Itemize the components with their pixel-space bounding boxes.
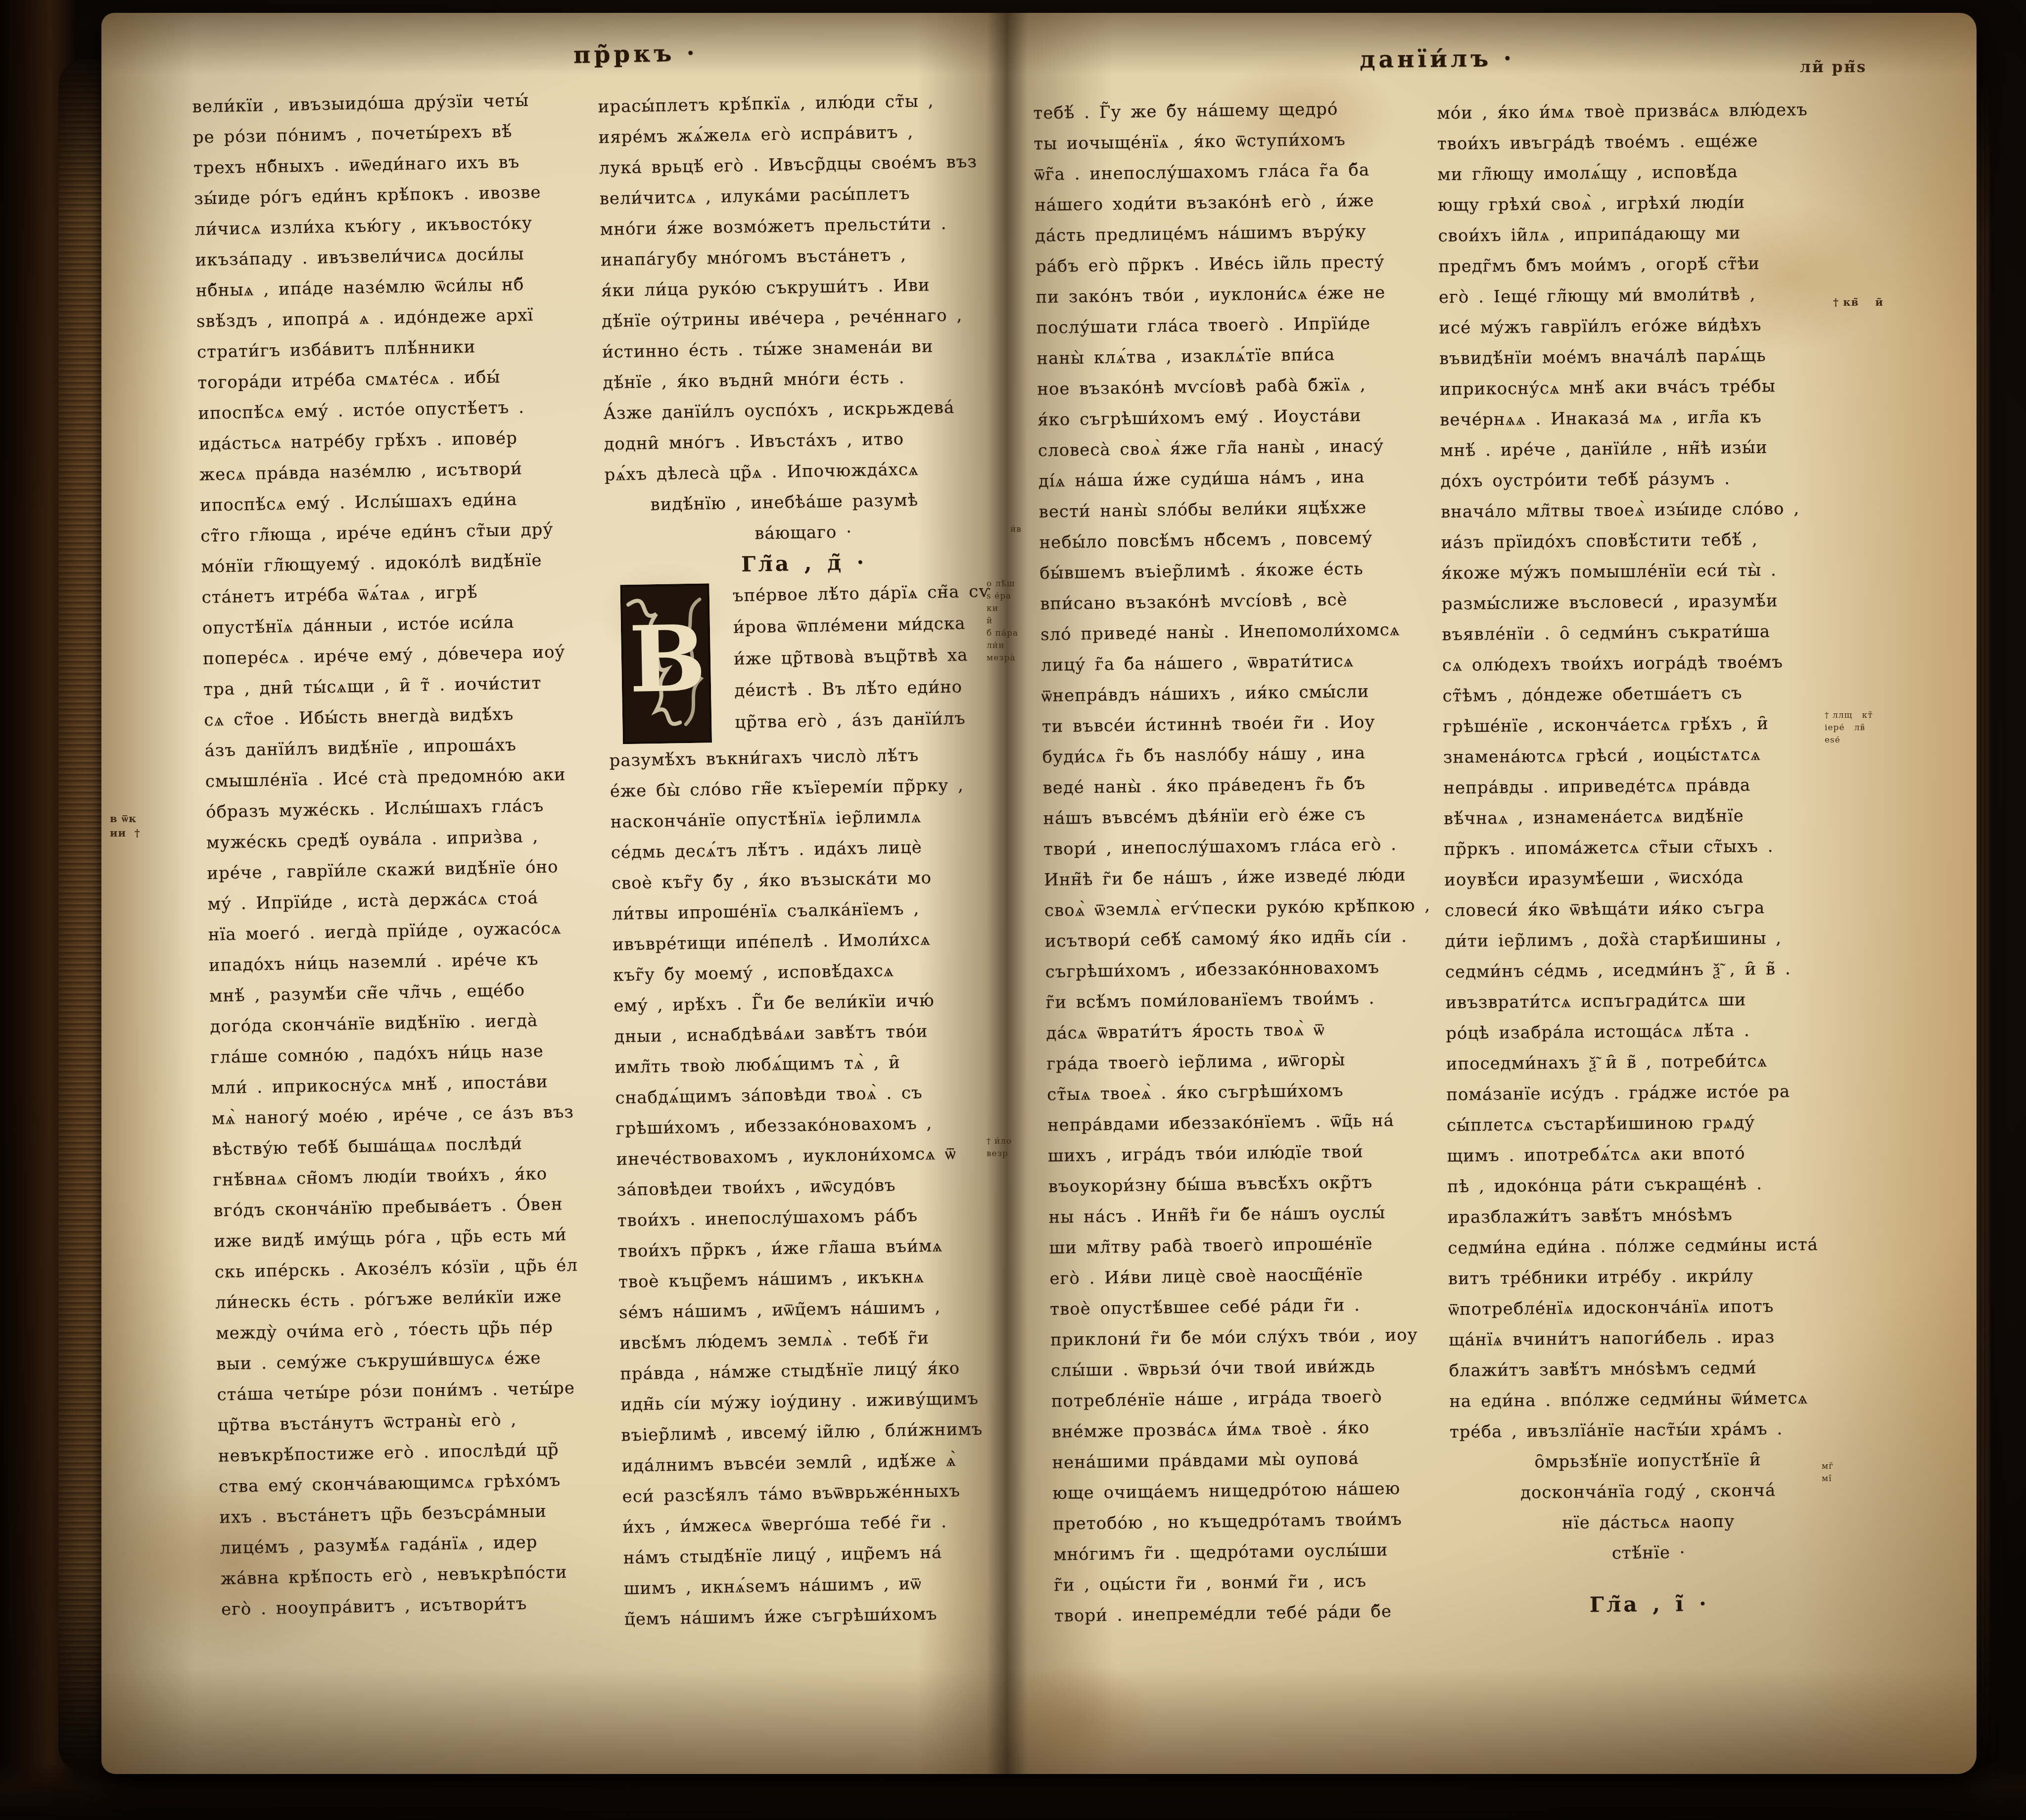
text-line: ты иочыще́нїѧ , я́ко ѿступи́хомъ	[1034, 123, 1430, 159]
margin-note-left-outer: в ѿк ии †	[110, 811, 141, 840]
chapter9-prayer-text: разумѣ́хъ въкни́гахъ число̀ лѣ́тъе́же бы…	[609, 739, 1020, 1635]
text-line: на́шъ въвсе́мъ дѣя́нїи его̀ е́же съ	[1043, 798, 1439, 834]
text-line: слы́ши . ѿврьзи́ о́чи твои́ иви́ждь	[1050, 1350, 1447, 1386]
text-line: да́сть предлице́мъ на́шимъ въру́ку	[1035, 215, 1431, 251]
text-line: въвидѣ́нїи мое́мъ внача́лѣ парѧ́щь	[1439, 339, 1836, 374]
text-line: претобо́ю , но къщедро́тамъ твои́мъ	[1053, 1503, 1449, 1540]
text-line: вѣ́чнаѧ , изнамена́етсѧ видѣ́нїе	[1444, 799, 1840, 834]
text-line: предг̃мъ б̃мъ мои́мъ , огорѣ́ ст̃ѣи	[1438, 247, 1835, 282]
text-line: ща́нїѧ вчини́тъ напоги́бель . ираз	[1449, 1321, 1845, 1355]
text-line: ѿг̃а . инепослу́шахомъ гла́са г̃а б̃а	[1034, 154, 1430, 190]
text-line: вне́мже прозва́сѧ и́мѧ твоѐ . я́ко	[1051, 1411, 1448, 1447]
text-line: нена́шими пра́вдами мы̀ оупова́	[1052, 1442, 1448, 1478]
text-line: твори́ . инепреме́дли тебе́ ра́ди б̃е	[1054, 1595, 1450, 1632]
text-line: приклони́ г̃и б̃е мо́и слу́хъ тво́и , ио…	[1050, 1319, 1447, 1355]
text-line: ѿпотребле́нїѧ идосконча́нїѧ ипотъ	[1448, 1290, 1844, 1325]
text-line: ное възако́нѣ мѵсі́овѣ раба̀ б̃жїѧ ,	[1037, 369, 1433, 405]
text-line: твои́хъ ивъгра́дѣ твое́мъ . еще́же	[1437, 125, 1834, 159]
text-line: потребле́нїе на́ше , игра́да твоего̀	[1051, 1381, 1447, 1417]
text-line: ѿнепра́вдъ на́шихъ , ия́ко смы́сли	[1041, 675, 1437, 711]
text-line: ра́бъ его̀ пр̃ркъ . Иве́сь іи̃ль престу́	[1035, 246, 1431, 282]
text-line: я́коже му́жъ помышле́нїи еси́ ты̀ .	[1441, 554, 1838, 589]
text-line: пѣ , идоко́нца ра́ти съкраще́нѣ .	[1447, 1167, 1843, 1202]
text-line: веде́ наны̀ . я́ко пра́веденъ г̃ь б̃ъ	[1042, 767, 1439, 803]
text-line: съгрѣши́хомъ , ибеззако́нновахомъ	[1045, 951, 1441, 987]
text-line: непра́вдами ибеззако́нїемъ . ѿц̃ь на́	[1047, 1105, 1444, 1141]
chapter8-end-text: ирасы́плетъ крѣ́пкїѧ , илю́ди ст̃ы ,ияре…	[598, 85, 1000, 490]
text-line: бы́вшемъ въіер̃лимѣ . я́коже е́сть	[1039, 553, 1436, 589]
text-line: до́хъ оустро́ити тебѣ́ ра́зумъ .	[1440, 462, 1837, 497]
text-line: шихъ , игра́дъ тво́и илю́дїе твои́	[1047, 1135, 1444, 1171]
text-line: пи зако́нъ тво́и , иуклони́сѧ е́же не	[1036, 277, 1432, 313]
text-line: нїе да́стьсѧ наопу	[1450, 1505, 1846, 1540]
text-line: ми гл̃ющу имолѧ́щу , исповѣ́да	[1437, 155, 1834, 190]
text-line: и́рова ѿпле́мени ми́дска	[733, 607, 1003, 644]
text-line: грѣше́нїе , исконча́етсѧ грѣ́хъ , и̑	[1443, 707, 1839, 742]
text-line: вече́рнѧѧ . Инаказа́ мѧ , игл̃а къ	[1440, 401, 1836, 435]
text-line: г̃и всѣ́мъ поми́лованїемъ твои́мъ .	[1045, 982, 1442, 1018]
right-page-column-2: мо́и , я́ко и́мѧ твоѐ призва́сѧ влю́дехъ…	[1437, 94, 1847, 1622]
text-line: вести́ наны̀ ѕло́бы вели́ки яцѣ́хже	[1038, 491, 1435, 527]
left-page-column-2: ирасы́плетъ крѣ́пкїѧ , илю́ди ст̃ы ,ияре…	[598, 85, 1020, 1634]
margin-note-right-outer-2: † ллщ кт̃ іере́ лв̃ еѕе́	[1825, 709, 1873, 747]
chapter-initial-block: В ъпе́рвое лѣ́то да́рїѧ сн̃а сѵи́рова ѿп…	[606, 575, 1005, 746]
text-line: ши мл̃тву раба̀ твоего̀ ипроше́нїе	[1049, 1227, 1445, 1263]
text-line: твори́ , инепослу́шахомъ гла́са его̀ .	[1043, 829, 1440, 865]
text-line: ны на́съ . Инн̃ѣ г̃и б̃е на́шъ оуслы́	[1048, 1197, 1445, 1233]
text-line: тебѣ́ . Г̃у же б̃у на́шему щедро́	[1033, 93, 1429, 129]
text-line: щимъ . ипотребѧ́тсѧ аки впото́	[1447, 1137, 1843, 1171]
text-line: свои́хъ іи̃лѧ , иприпа́дающу ми	[1438, 217, 1834, 251]
text-line: ст̃ыѧ твоеѧ̀ . я́ко съгрѣши́хомъ	[1047, 1074, 1443, 1110]
text-line: ивъзврати́тсѧ испъгради́тсѧ ши	[1445, 983, 1841, 1018]
text-line: на́шего ходи́ти възако́нѣ его̀ , и́же	[1035, 185, 1431, 221]
text-line: ро́цѣ изабра́ла истоща́сѧ лѣ́та .	[1446, 1014, 1842, 1049]
text-line: небы́ло повсѣ́мъ нб̃семъ , повсему́	[1039, 522, 1435, 558]
text-line: его̀ . Ия́ви лицѐ своѐ наосщ̃е́нїе	[1049, 1258, 1446, 1294]
text-line: размы́слиже въсловеси́ , иразумѣ́и	[1442, 585, 1838, 619]
text-line: витъ тре́бники итре́бу . икри́лу	[1448, 1260, 1844, 1294]
text-line: мо́и , я́ко и́мѧ твоѐ призва́сѧ влю́дехъ	[1437, 94, 1833, 129]
text-line: въявле́нїи . о̑ седми́нъ съкрати́ша	[1442, 615, 1838, 650]
text-line: ді́ѧ на́ша и́же суди́ша на́мъ , ина	[1038, 461, 1434, 497]
text-line: де́истѣ . Въ лѣ́то еди́но	[734, 670, 1004, 707]
text-line: словеса̀ своѧ̀ я́же гл̃а наны̀ , инасу́	[1038, 430, 1434, 466]
text-line: своѧ̀ ѿземлѧ̀ егѵ́пески руко́ю крѣ́пкою …	[1044, 890, 1441, 926]
text-line: знамена́ютсѧ грѣси́ , иоцы́стѧтсѧ	[1443, 738, 1839, 773]
text-line: сѧ олю́дехъ твои́хъ иогра́дѣ твое́мъ	[1442, 646, 1838, 681]
chapter9-opening-text: ъпе́рвое лѣ́то да́рїѧ сн̃а сѵи́рова ѿпле…	[732, 575, 1005, 738]
text-line: мно́гимъ г̃и . щедро́тами оуслы́ши	[1053, 1534, 1450, 1570]
chapter9-tapered-ending: о̑мрьзѣ́нїе иопустѣ́нїе и̑досконча́нїа г…	[1450, 1444, 1846, 1570]
text-line: стѣ́нїе ·	[1451, 1536, 1847, 1570]
text-line: ди́ти іер̃лимъ , дох̃а̀ старѣ́ишины ,	[1445, 922, 1841, 957]
text-line: на еди́на . впо́лже седми́ны ѿи́метсѧ	[1449, 1382, 1845, 1417]
text-line: словеси́ я́ко ѿвѣща́ти ия́ко съгра	[1444, 891, 1840, 926]
text-line: иприкосну́сѧ мнѣ́ аки вча́съ тре́бы	[1439, 370, 1836, 405]
text-line: сы́плетсѧ състарѣ́ишиною грѧду́	[1447, 1106, 1843, 1141]
margin-note-left-inner: † и́ло везр	[987, 1135, 1012, 1160]
woodcut-initial-v: В	[620, 583, 712, 744]
margin-note-cross-references-daniel9: о лѣ́ш ѕ е́ра ки и̑ б па́ра ли́и мезра̀	[987, 578, 1018, 664]
text-line: твоѐ опустѣ́вшее себе́ ра́ди г̃и .	[1050, 1289, 1446, 1325]
text-line: въоукори́зну бы́ша въвсѣ́хъ окр̃тъ	[1048, 1166, 1444, 1202]
text-line: внача́ло мл̃твы твоеѧ̀ изы́иде сло́во ,	[1441, 493, 1837, 527]
text-line: седми́нъ се́дмь , иседми́нъ ѯ̃ , и̑ в̃ .	[1445, 953, 1841, 987]
text-line: и́же цр̃твова̀ въцр̃твѣ ха	[734, 639, 1004, 675]
text-line: ти въвсе́и и́стиннѣ твое́и г̃и . Иоу	[1041, 706, 1438, 742]
text-line: иа́зъ прїидо́хъ сповѣ́стити тебѣ́ ,	[1441, 523, 1837, 558]
margin-note-right-outer-3: мг̃ мі̑	[1822, 1460, 1834, 1485]
text-line: ъпе́рвое лѣ́то да́рїѧ сн̃а сѵ	[732, 575, 1002, 612]
chapter9-seventy-weeks-text: мо́и , я́ко и́мѧ твоѐ призва́сѧ влю́дехъ…	[1437, 94, 1845, 1447]
text-line: мнѣ́ . ире́че , данїи́ле , нн̃ѣ изы́и	[1440, 431, 1837, 466]
text-line: я́ко съгрѣши́хомъ ему́ . Иоуста́ви	[1037, 399, 1434, 435]
text-line: непра́вды . иприведе́тсѧ пра́вда	[1443, 769, 1839, 803]
text-line: цр̃тва его̀ , а́зъ данїи́лъ	[735, 702, 1005, 739]
text-line: блажи́тъ завѣ́тъ мно́ѕѣмъ седми́	[1449, 1352, 1845, 1386]
text-line: седми́на еди́на . по́лже седми́ны иста́	[1448, 1229, 1844, 1263]
chapter-10-heading: Гл̃а , і̃ ·	[1451, 1587, 1847, 1622]
text-line: буди́сѧ г̃ь б̃ъ наѕло́бу на́шу , ина	[1042, 737, 1438, 773]
text-line: гра́да твоего̀ іер̃лима , иѿгоры̀	[1046, 1043, 1443, 1079]
folio-number: ли̃ рн̃ѕ	[1800, 58, 1867, 76]
chapter8-closing-text: видѣ́нїю , инебѣа́ше разумѣва́ющаго ·	[605, 483, 1001, 552]
book-photograph: пр̃ркъ · данїи́лъ · ли̃ рн̃ѕ вели́кїи , …	[0, 0, 2026, 1820]
margin-note-right-gutter: и́в	[1010, 523, 1022, 536]
text-line: пр̃ркъ . ипома́жетсѧ ст̃ыи ст̃ыхъ .	[1444, 830, 1840, 865]
text-line: Инн̃ѣ г̃и б̃е на́шъ , и́же изведе́ лю́ди	[1044, 859, 1440, 895]
initial-letter: В	[628, 605, 707, 713]
right-page-column-1: тебѣ́ . Г̃у же б̃у на́шему щедро́ты иочы…	[1033, 93, 1450, 1632]
text-line: наны̀ клѧ́тва , изаклѧ́тїе впи́са	[1037, 338, 1433, 374]
running-head-right: данїи́лъ ·	[1239, 44, 1635, 75]
left-page-column-1: вели́кїи , ивъзыидо́ша дру́зїи четы́ре р…	[192, 84, 612, 1625]
text-line: пома́занїе ису́дъ . гра́дже исто́е ра	[1446, 1075, 1842, 1110]
text-line: ющу грѣхи́ своѧ̀ , игрѣхи́ люді́и	[1438, 186, 1834, 221]
text-line: его̀ . Іеще́ гл̃ющу ми́ вмоли́твѣ ,	[1439, 278, 1835, 313]
text-line: тре́ба , ивъзлїа́нїе наст̃ы́и хра́мъ .	[1450, 1413, 1846, 1447]
text-line: впи́сано възако́нѣ мѵсі́овѣ , всѐ	[1040, 583, 1436, 619]
text-line: досконча́нїа году́ , сконча́	[1450, 1474, 1846, 1509]
text-line: иоувѣ́си иразумѣ́еши , ѿисхо́да	[1444, 861, 1840, 895]
text-line: о̑мрьзѣ́нїе иопустѣ́нїе и̑	[1450, 1444, 1846, 1478]
margin-note-right-outer-1: † кв̃ и̃	[1833, 295, 1884, 309]
text-line: послу́шати гла́са твоего̀ . Ипрїи́де	[1036, 307, 1432, 343]
text-line: ипоседми́нахъ ѯ̃ и̑ в̃ , потреби́тсѧ	[1446, 1045, 1842, 1079]
text-line: ѕло́ приведе́ наны̀ . Инепомоли́хомсѧ	[1040, 614, 1437, 650]
text-line: да́сѧ ѿврати́тъ я́рость твоѧ̀ ѿ	[1046, 1013, 1442, 1049]
text-line: иразблажи́тъ завѣ́тъ мно́ѕѣмъ	[1447, 1198, 1843, 1233]
text-line: юще очища́емъ нищедро́тою на́шею	[1052, 1473, 1449, 1509]
text-line: исе́ му́жъ гаврїи́лъ его́же ви́дѣхъ	[1439, 309, 1835, 343]
text-line: исътвори́ себѣ́ самому́ я́ко идн̃ь сі́и …	[1044, 921, 1441, 957]
text-line: г̃и , оцы́сти г̃и , вонми́ г̃и , исъ	[1054, 1565, 1450, 1601]
text-line: лицу́ г̃а б̃а на́шего , ѿврати́тисѧ	[1041, 645, 1437, 681]
text-line: ст̃ѣмъ , до́ндеже обетша́етъ съ	[1442, 677, 1838, 711]
